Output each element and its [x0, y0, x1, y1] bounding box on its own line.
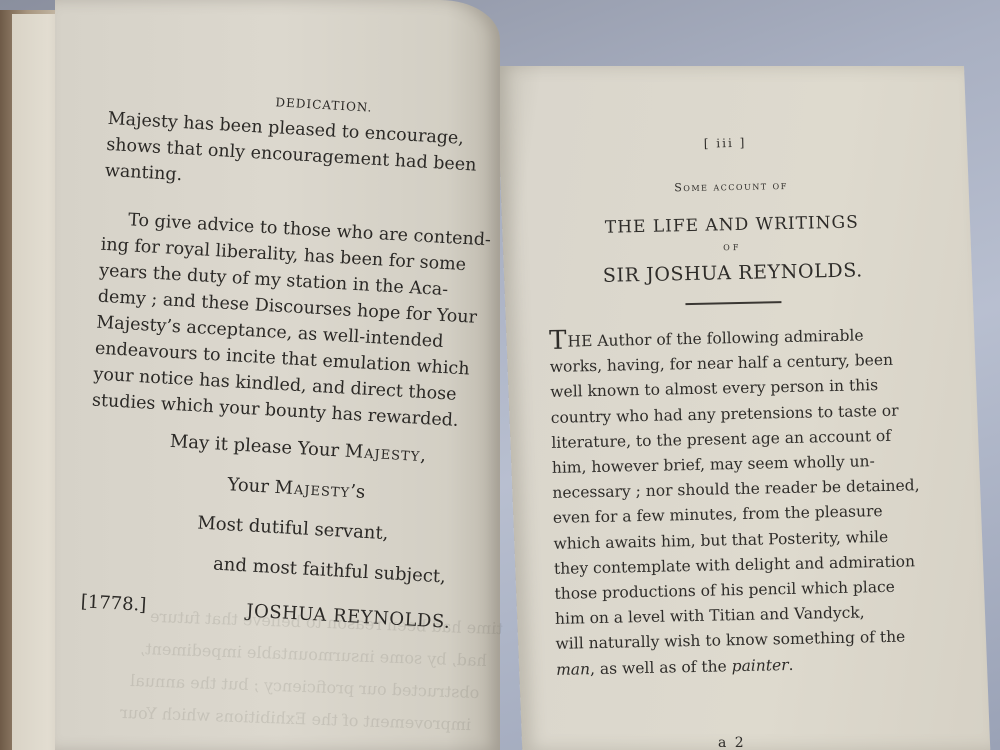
printer-signature-mark: a 2	[718, 735, 746, 750]
text-span: , as well as of the	[590, 657, 732, 678]
drop-cap: T	[549, 326, 567, 356]
closing-line-4: and most faithful subject,	[83, 543, 474, 593]
text-span: HE Author of the following admirable	[567, 326, 863, 350]
body-paragraph: THE Author of the following admirable wo…	[549, 322, 926, 683]
section-kicker: Some account of	[546, 176, 916, 197]
closing-punct: ’s	[350, 481, 366, 503]
dedication-date: [1778.]	[80, 589, 147, 619]
closing-smallcaps: Majesty	[274, 477, 351, 502]
closing-punct: ,	[420, 445, 427, 466]
dedication-text: DEDICATION. Majesty has been pleased to …	[80, 80, 499, 637]
text-span: .	[788, 656, 793, 674]
dedication-paragraph-2: To give advice to those who are contend-…	[91, 206, 492, 435]
section-title: THE LIFE AND WRITINGS	[547, 211, 917, 239]
subject-name: SIR JOSHUA REYNOLDS.	[548, 258, 918, 288]
dedication-closing: May it please Your Majesty, Your Majesty…	[83, 423, 481, 593]
closing-text: May it please Your	[169, 431, 345, 462]
life-account-text: [ iii ] Some account of THE LIFE AND WRI…	[545, 132, 926, 682]
closing-text: Your	[227, 474, 275, 498]
italic-word: man	[556, 660, 590, 679]
title-connector: OF	[547, 239, 917, 256]
closing-smallcaps: Majesty	[344, 441, 421, 466]
italic-word: painter	[731, 656, 788, 675]
title-rule	[685, 301, 781, 305]
